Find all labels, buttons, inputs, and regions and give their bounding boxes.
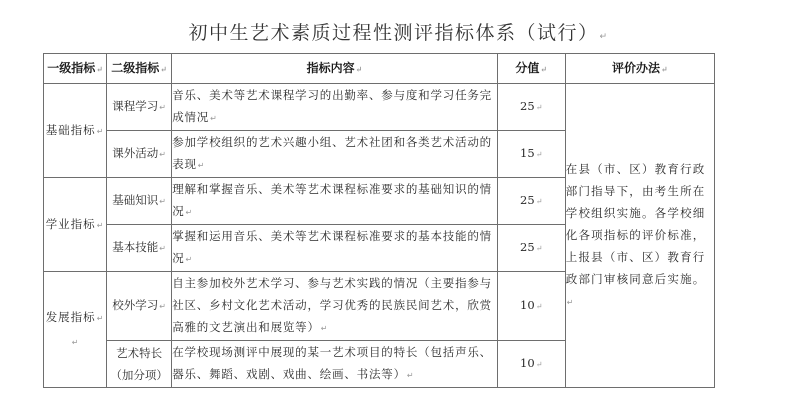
content-cell: 掌握和运用音乐、美术等艺术课程标准要求的基本技能的情况↵ <box>172 225 497 272</box>
level2-cell: 基础知识↵ <box>107 178 172 225</box>
content-cell: 自主参加校外艺术学习、参与艺术实践的情况（主要指参与社区、乡村文化艺术活动，学习… <box>172 272 497 341</box>
document-title-text: 初中生艺术素质过程性测评指标体系（试行） <box>188 22 598 44</box>
header-level1: 一级指标↵ <box>44 54 107 84</box>
score-cell: 10↵ <box>497 272 565 341</box>
score-cell: 10↵ <box>497 341 565 388</box>
level2-cell: 课程学习↵ <box>107 84 172 131</box>
level1-cell-academic: 学业指标↵ <box>44 178 107 272</box>
header-method: 评价办法↵ <box>565 54 714 84</box>
score-cell: 25↵ <box>497 225 565 272</box>
score-cell: 25↵ <box>497 84 565 131</box>
content-cell: 理解和掌握音乐、美术等艺术课程标准要求的基础知识的情况↵ <box>172 178 497 225</box>
document-title: 初中生艺术素质过程性测评指标体系（试行）↵ <box>0 18 797 45</box>
level1-cell-basic: 基础指标↵ <box>44 84 107 178</box>
header-score: 分值↵ <box>497 54 565 84</box>
table-row: 基础指标↵ 课程学习↵ 音乐、美术等艺术课程学习的出勤率、参与度和学习任务完成情… <box>44 84 715 131</box>
header-level2: 二级指标↵ <box>107 54 172 84</box>
evaluation-index-table: 一级指标↵ 二级指标↵ 指标内容↵ 分值↵ 评价办法↵ 基础指标↵ 课程学习↵ … <box>43 53 715 388</box>
content-cell: 音乐、美术等艺术课程学习的出勤率、参与度和学习任务完成情况↵ <box>172 84 497 131</box>
level2-cell: 课外活动↵ <box>107 131 172 178</box>
content-cell: 在学校现场测评中展现的某一艺术项目的特长（包括声乐、器乐、舞蹈、戏剧、戏曲、绘画… <box>172 341 497 388</box>
score-cell: 15↵ <box>497 131 565 178</box>
level2-cell: 基本技能↵ <box>107 225 172 272</box>
header-content: 指标内容↵ <box>172 54 497 84</box>
paragraph-mark-icon: ↵ <box>599 32 608 42</box>
level2-cell: 艺术特长（加分项） <box>107 341 172 388</box>
level2-cell: 校外学习↵ <box>107 272 172 341</box>
table-header-row: 一级指标↵ 二级指标↵ 指标内容↵ 分值↵ 评价办法↵ <box>44 54 715 84</box>
level1-cell-development: 发展指标↵↵ <box>44 272 107 388</box>
method-cell: 在县（市、区）教育行政部门指导下，由考生所在学校组织实施。各学校细化各项指标的评… <box>565 84 714 388</box>
score-cell: 25↵ <box>497 178 565 225</box>
content-cell: 参加学校组织的艺术兴趣小组、艺术社团和各类艺术活动的表现↵ <box>172 131 497 178</box>
